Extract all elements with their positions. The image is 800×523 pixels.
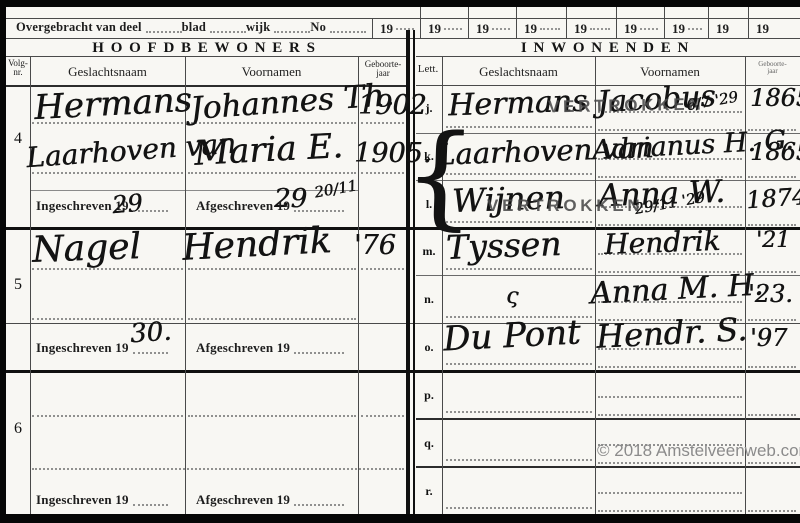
transfer-label-wijk: wijk (246, 20, 270, 35)
year-cell: 19 (568, 19, 616, 38)
colhead-voornamen-left: Voornamen (185, 64, 358, 80)
year-label: 19 (756, 21, 769, 37)
writing-line (598, 366, 742, 368)
hw-jaar: '23. (748, 280, 793, 308)
hw-voornamen: Hendrik (181, 220, 332, 269)
hw-jaar: 1865 (750, 84, 800, 112)
volgnr-6: 6 (8, 420, 28, 438)
hw-jaar: 1865 (750, 138, 800, 166)
scan-edge-top (0, 0, 800, 7)
colhead-lett: Lett. (414, 63, 442, 75)
year-cell: 19 (422, 19, 468, 38)
transfer-header: Overgebracht van deel blad wijk No (16, 20, 366, 35)
afgeschreven-label: Afgeschreven 19 (196, 198, 344, 214)
writing-line (32, 415, 183, 417)
lett-o: o. (418, 340, 440, 355)
year-label: 19 (716, 21, 729, 37)
year-cell: 19 (666, 19, 708, 38)
grid-line (30, 190, 358, 191)
writing-line (446, 459, 592, 461)
dotted-fill (396, 28, 414, 30)
vertrokken-stamp: VERTROKKEN (487, 196, 643, 216)
writing-line (598, 414, 742, 416)
grid-line (372, 18, 373, 38)
year-cell: 19 (710, 19, 748, 38)
label-text: Afgeschreven 19 (196, 198, 290, 214)
writing-line (748, 510, 796, 512)
population-register-sheet: Overgebracht van deel blad wijk No 19 19… (0, 0, 800, 523)
hw-naam: Du Pont (442, 312, 581, 359)
transfer-label-no: No (310, 20, 326, 35)
dotted-fill (590, 28, 610, 30)
year-cell: 19 (750, 19, 798, 38)
transfer-label-deel: Overgebracht van deel (16, 20, 142, 35)
year-label: 19 (672, 21, 685, 37)
grid-line (420, 7, 421, 38)
grid-line (358, 56, 359, 514)
ingeschreven-label: Ingeschreven 19 (36, 340, 168, 356)
writing-line (188, 415, 356, 417)
hw-jaar: '76 (354, 230, 396, 261)
year-label: 19 (428, 21, 441, 37)
label-text: Ingeschreven 19 (36, 340, 129, 356)
writing-line (446, 363, 592, 365)
writing-line (598, 462, 742, 464)
writing-line (446, 411, 592, 413)
writing-line (598, 396, 742, 398)
grid-line (616, 7, 617, 38)
ingeschreven-label: Ingeschreven 19 (36, 492, 168, 508)
dotted-fill (444, 28, 462, 30)
colhead-geboortejaar-right: Geboorte-jaar (745, 61, 800, 76)
grid-line (664, 7, 665, 38)
grid-line (468, 7, 469, 38)
year-label: 19 (524, 21, 537, 37)
label-text: Afgeschreven 19 (196, 492, 290, 508)
afgeschreven-label: Afgeschreven 19 (196, 492, 344, 508)
year-cell: 19 (470, 19, 516, 38)
year-label: 19 (624, 21, 637, 37)
afgeschreven-label: Afgeschreven 19 (196, 340, 344, 356)
dotted-fill (294, 210, 344, 212)
writing-line (748, 319, 796, 321)
dotted-fill (492, 28, 510, 30)
dotted-fill (640, 28, 658, 30)
dotted-fill (146, 31, 182, 33)
writing-line (361, 172, 404, 174)
transfer-label-blad: blad (182, 20, 206, 35)
writing-line (748, 176, 796, 178)
writing-line (188, 268, 356, 270)
grid-line (185, 56, 186, 514)
colhead-geslachtsnaam-right: Geslachtsnaam (442, 64, 595, 80)
year-label: 19 (380, 21, 393, 37)
writing-line (598, 492, 742, 494)
lett-q: q. (418, 436, 440, 451)
hw-naam: Tyssen (445, 224, 562, 267)
hw-voornamen: Hendrik (603, 224, 720, 261)
lett-r: r. (418, 484, 440, 499)
writing-line (446, 507, 592, 509)
label-text: Afgeschreven 19 (196, 340, 290, 356)
hw-jaar: '97 (750, 324, 787, 352)
dotted-fill (133, 210, 168, 212)
scan-edge-left (0, 0, 6, 523)
colhead-voornamen-right: Voornamen (595, 64, 745, 80)
grid-line (516, 7, 517, 38)
dotted-fill (294, 352, 344, 354)
dotted-fill (133, 504, 168, 506)
grid-line (708, 7, 709, 38)
block-separator (6, 370, 800, 373)
volgnr-5: 5 (8, 276, 28, 294)
vertrokken-stamp: VERTROKKEN (548, 95, 705, 118)
label-text: Ingeschreven 19 (36, 492, 129, 508)
writing-line (598, 510, 742, 512)
colhead-text: jaar (745, 68, 800, 75)
dotted-fill (274, 31, 310, 33)
hw-jaar: '21 (756, 228, 790, 253)
label-text: Ingeschreven 19 (36, 198, 129, 214)
right-section-title: INWONENDEN (416, 40, 800, 57)
writing-line (748, 414, 796, 416)
hw-voornamen: Maria E. (193, 126, 344, 174)
writing-line (361, 268, 404, 270)
grid-line (748, 7, 749, 38)
hw-voornamen: Hendr. S. (595, 310, 748, 356)
colhead-volgnr: Volg-nr. (6, 59, 30, 78)
hw-jaar: 1874. (745, 182, 800, 215)
colhead-geboortejaar-left: Geboorte-jaar (358, 60, 408, 79)
dotted-fill (688, 28, 702, 30)
colhead-geslachtsnaam-left: Geslachtsnaam (30, 64, 185, 80)
dotted-fill (210, 31, 246, 33)
dotted-fill (294, 504, 344, 506)
dotted-fill (133, 352, 168, 354)
writing-line (188, 318, 356, 320)
grid-line (30, 56, 31, 514)
lett-n: n. (418, 292, 440, 307)
hw-naam: Nagel (31, 226, 141, 271)
writing-line (748, 366, 796, 368)
left-section-title: HOOFDBEWONERS (6, 40, 408, 57)
lett-p: p. (418, 388, 440, 403)
dotted-fill (540, 28, 560, 30)
dotted-fill (330, 31, 366, 33)
lett-m: m. (418, 244, 440, 259)
ingeschreven-label: Ingeschreven 19 (36, 198, 168, 214)
year-cell: 19 (374, 19, 420, 38)
colhead-text: nr. (6, 68, 30, 77)
hw-naam-mark: ς (506, 284, 518, 309)
writing-line (748, 462, 796, 464)
grid-line (566, 7, 567, 38)
year-label: 19 (476, 21, 489, 37)
writing-line (748, 224, 796, 226)
year-label: 19 (574, 21, 587, 37)
writing-line (32, 468, 404, 470)
hw-naam: Hermans (33, 80, 193, 128)
writing-line (361, 415, 404, 417)
scan-edge-bottom (0, 514, 800, 523)
grid-line (416, 466, 800, 468)
grid-line (6, 38, 800, 39)
copyright-watermark: © 2018 Amstelveenweb.com (597, 441, 800, 461)
grid-line (416, 418, 800, 420)
writing-line (446, 268, 592, 270)
year-cell: 19 (518, 19, 566, 38)
writing-line (361, 122, 404, 124)
year-cell: 19 (618, 19, 664, 38)
